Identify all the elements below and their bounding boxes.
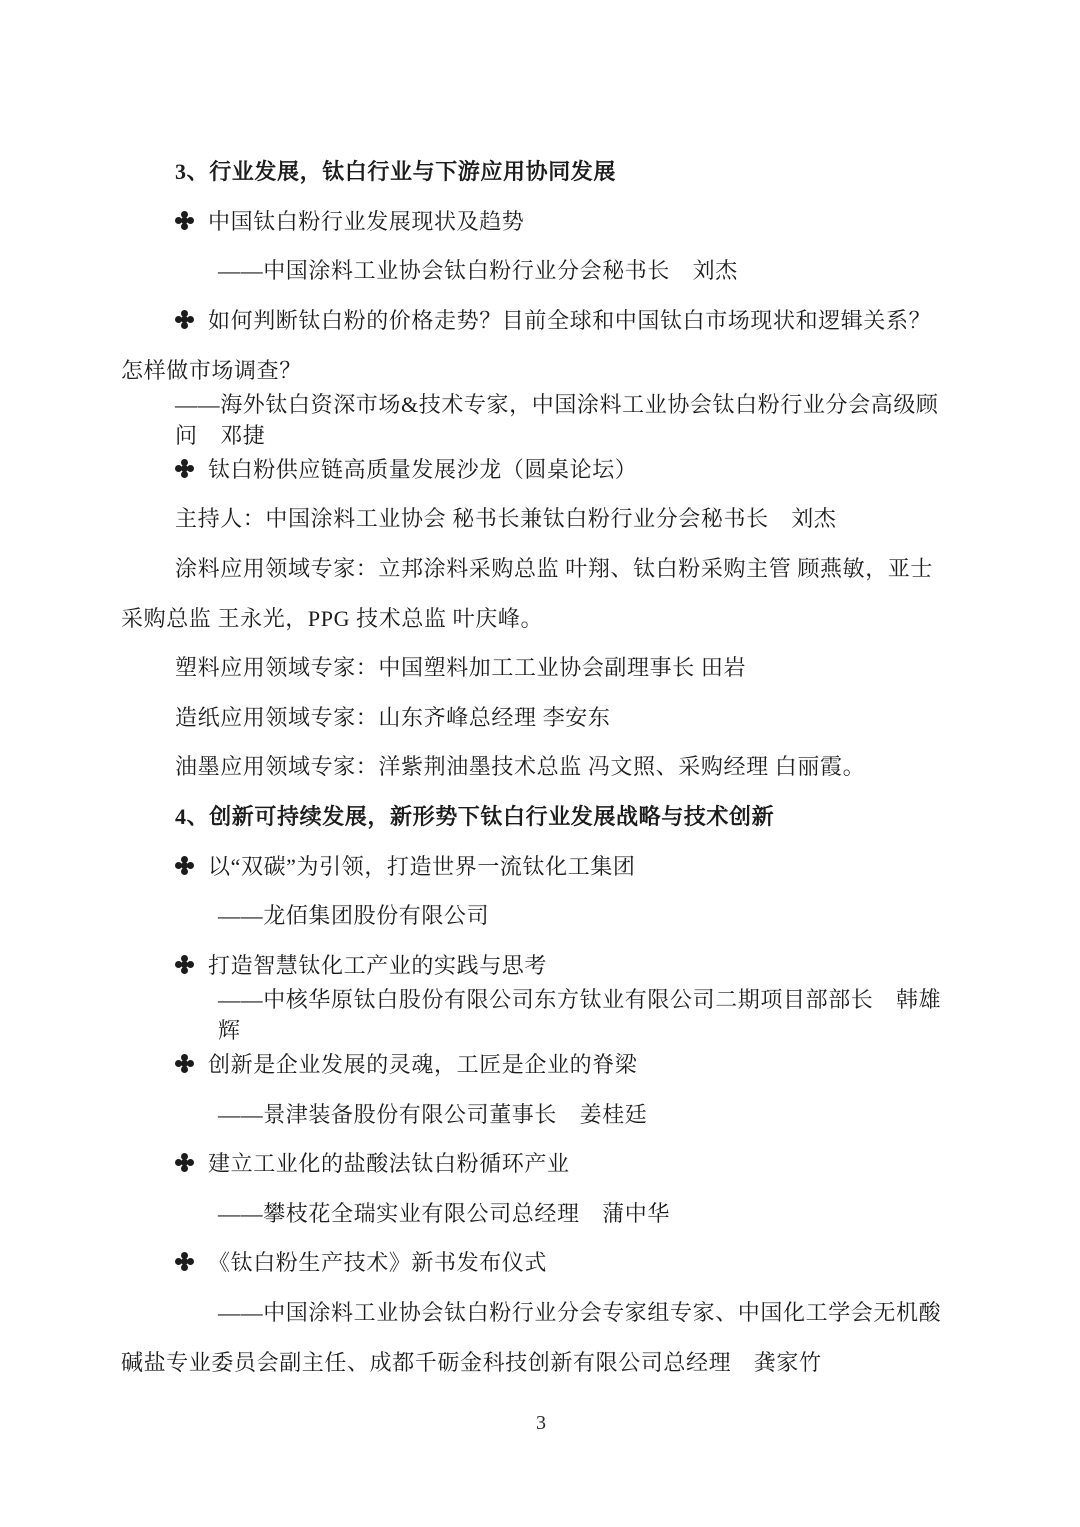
topic-text: 如何判断钛白粉的价格走势？目前全球和中国钛白市场现状和逻辑关系？ [208, 304, 931, 335]
speaker-attribution: ——中国涂料工业协会钛白粉行业分会专家组专家、中国化工学会无机酸 [121, 1287, 961, 1337]
heading-text: 3、行业发展，钛白行业与下游应用协同发展 [175, 155, 616, 186]
agenda-topic: 《钛白粉生产技术》新书发布仪式 [121, 1237, 961, 1287]
clover-bullet-icon [175, 211, 194, 230]
role-text: 主持人：中国涂料工业协会 秘书长兼钛白粉行业分会秘书长 刘杰 [175, 502, 837, 533]
speaker-attribution: ——景津装备股份有限公司董事长 姜桂廷 [121, 1088, 961, 1138]
agenda-topic: 打造智慧钛化工产业的实践与思考 [121, 940, 961, 990]
clover-bullet-icon [175, 955, 194, 974]
attribution-text: ——中国涂料工业协会钛白粉行业分会专家组专家、中国化工学会无机酸 [218, 1296, 941, 1327]
panel-expert-line: 油墨应用领域专家：洋紫荆油墨技术总监 冯文照、采购经理 白丽霞。 [121, 741, 961, 791]
attribution-text: ——海外钛白资深市场&技术专家，中国涂料工业协会钛白粉行业分会高级顾问 邓捷 [175, 388, 961, 450]
agenda-topic: 如何判断钛白粉的价格走势？目前全球和中国钛白市场现状和逻辑关系？ [121, 295, 961, 345]
topic-text: 中国钛白粉行业发展现状及趋势 [208, 205, 524, 236]
clover-bullet-icon [175, 1153, 194, 1172]
topic-text: 钛白粉供应链高质量发展沙龙（圆桌论坛） [208, 453, 637, 484]
topic-text: 《钛白粉生产技术》新书发布仪式 [208, 1246, 547, 1277]
attribution-text: ——中核华原钛白股份有限公司东方钛业有限公司二期项目部部长 韩雄辉 [218, 983, 961, 1045]
continuation-text: 怎样做市场调查？ [121, 354, 302, 385]
clover-bullet-icon [175, 856, 194, 875]
document-body: 3、行业发展，钛白行业与下游应用协同发展 中国钛白粉行业发展现状及趋势 ——中国… [121, 146, 961, 1386]
speaker-attribution: ——中核华原钛白股份有限公司东方钛业有限公司二期项目部部长 韩雄辉 [121, 989, 961, 1039]
continuation-text: 碱盐专业委员会副主任、成都千砺金科技创新有限公司总经理 龚家竹 [121, 1346, 822, 1377]
agenda-topic: 以“双碳”为引领，打造世界一流钛化工集团 [121, 840, 961, 890]
document-page: 3、行业发展，钛白行业与下游应用协同发展 中国钛白粉行业发展现状及趋势 ——中国… [0, 0, 1080, 1527]
continuation-text: 采购总监 王永光，PPG 技术总监 叶庆峰。 [121, 602, 543, 633]
clover-bullet-icon [175, 459, 194, 478]
clover-bullet-icon [175, 1252, 194, 1271]
topic-text: 打造智慧钛化工产业的实践与思考 [208, 949, 547, 980]
panel-expert-line: 造纸应用领域专家：山东齐峰总经理 李安东 [121, 692, 961, 742]
panel-host-line: 主持人：中国涂料工业协会 秘书长兼钛白粉行业分会秘书长 刘杰 [121, 493, 961, 543]
speaker-attribution: ——攀枝花全瑞实业有限公司总经理 蒲中华 [121, 1187, 961, 1237]
attribution-text: ——景津装备股份有限公司董事长 姜桂廷 [218, 1098, 647, 1129]
agenda-topic: 中国钛白粉行业发展现状及趋势 [121, 196, 961, 246]
attribution-text: ——龙佰集团股份有限公司 [218, 899, 489, 930]
heading-text: 4、创新可持续发展，新形势下钛白行业发展战略与技术创新 [175, 800, 774, 831]
role-text: 涂料应用领域专家：立邦涂料采购总监 叶翔、钛白粉采购主管 顾燕敏，亚士 [175, 552, 933, 583]
speaker-attribution: ——龙佰集团股份有限公司 [121, 890, 961, 940]
section-3-heading: 3、行业发展，钛白行业与下游应用协同发展 [121, 146, 961, 196]
speaker-attribution: ——中国涂料工业协会钛白粉行业分会秘书长 刘杰 [121, 245, 961, 295]
speaker-attribution: ——海外钛白资深市场&技术专家，中国涂料工业协会钛白粉行业分会高级顾问 邓捷 [121, 394, 961, 444]
role-text: 塑料应用领域专家：中国塑料加工工业协会副理事长 田岩 [175, 651, 746, 682]
topic-text: 建立工业化的盐酸法钛白粉循环产业 [208, 1147, 570, 1178]
section-4-heading: 4、创新可持续发展，新形势下钛白行业发展战略与技术创新 [121, 791, 961, 841]
paragraph-continuation: 采购总监 王永光，PPG 技术总监 叶庆峰。 [121, 592, 961, 642]
clover-bullet-icon [175, 310, 194, 329]
agenda-topic: 创新是企业发展的灵魂，工匠是企业的脊梁 [121, 1039, 961, 1089]
agenda-topic: 建立工业化的盐酸法钛白粉循环产业 [121, 1138, 961, 1188]
attribution-text: ——中国涂料工业协会钛白粉行业分会秘书长 刘杰 [218, 254, 738, 285]
paragraph-continuation: 怎样做市场调查？ [121, 344, 961, 394]
topic-text: 以“双碳”为引领，打造世界一流钛化工集团 [208, 850, 636, 881]
role-text: 造纸应用领域专家：山东齐峰总经理 李安东 [175, 701, 611, 732]
panel-expert-line: 塑料应用领域专家：中国塑料加工工业协会副理事长 田岩 [121, 642, 961, 692]
attribution-text: ——攀枝花全瑞实业有限公司总经理 蒲中华 [218, 1197, 670, 1228]
topic-text: 创新是企业发展的灵魂，工匠是企业的脊梁 [208, 1048, 637, 1079]
clover-bullet-icon [175, 1054, 194, 1073]
page-number: 3 [121, 1412, 961, 1435]
role-text: 油墨应用领域专家：洋紫荆油墨技术总监 冯文照、采购经理 白丽霞。 [175, 750, 865, 781]
agenda-topic: 钛白粉供应链高质量发展沙龙（圆桌论坛） [121, 444, 961, 494]
panel-expert-line: 涂料应用领域专家：立邦涂料采购总监 叶翔、钛白粉采购主管 顾燕敏，亚士 [121, 543, 961, 593]
paragraph-continuation: 碱盐专业委员会副主任、成都千砺金科技创新有限公司总经理 龚家竹 [121, 1336, 961, 1386]
